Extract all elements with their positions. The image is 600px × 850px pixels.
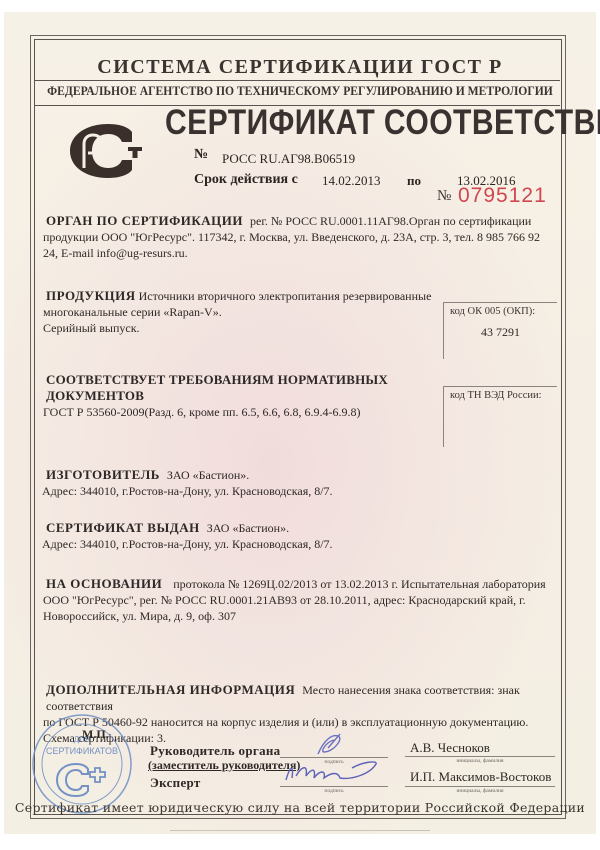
tnved-code-caption: код ТН ВЭД России: (444, 387, 557, 401)
issued-to-address: Адрес: 344010, г.Ростов-на-Дону, ул. Кра… (42, 536, 546, 552)
certification-body-line1: рег. № РОСС RU.0001.11АГ98.Орган по серт… (250, 214, 531, 228)
fine-print-line (170, 830, 430, 831)
valid-to-label: по (407, 173, 421, 189)
manufacturer-label: ИЗГОТОВИТЕЛЬ (46, 467, 160, 482)
manufacturer-address: Адрес: 344010, г.Ростов-на-Дону, ул. Кра… (42, 483, 546, 499)
expert-signature-icon (282, 758, 382, 786)
blank-serial-number: 0795121 (458, 184, 547, 208)
expert-signature-caption: подпись (280, 788, 388, 794)
issued-to-label: СЕРТИФИКАТ ВЫДАН (46, 520, 200, 535)
product-label: ПРОДУКЦИЯ (46, 288, 136, 303)
basis-line1: протокола № 1269Ц.02/2013 от 13.02.2013 … (173, 577, 545, 591)
blank-number-sign: № (437, 188, 451, 205)
certification-body-label: ОРГАН ПО СЕРТИФИКАЦИИ (46, 213, 243, 228)
system-title: СИСТЕМА СЕРТИФИКАЦИИ ГОСТ Р (0, 56, 600, 79)
head-name-line (405, 756, 555, 757)
certification-body-section: ОРГАН ПО СЕРТИФИКАЦИИ рег. № РОСС RU.000… (46, 213, 546, 261)
head-signature-icon (310, 730, 350, 760)
certification-body-line3: 24, E-mail info@ug-resurs.ru. (43, 245, 546, 261)
head-of-body-label: Руководитель органа (150, 743, 280, 759)
basis-section: НА ОСНОВАНИИ протокола № 1269Ц.02/2013 о… (46, 576, 546, 624)
tnved-code-box: код ТН ВЭД России: (443, 386, 557, 447)
expert-name-caption: инициалы, фамилия (405, 788, 555, 794)
product-line2: многоканальные серии «Rapan-V». (43, 304, 436, 320)
deputy-label: (заместитель руководителя) (148, 758, 300, 773)
agency-name: ФЕДЕРАЛЬНОЕ АГЕНТСТВО ПО ТЕХНИЧЕСКОМУ РЕ… (21, 84, 579, 99)
manufacturer-name: ЗАО «Бастион». (167, 468, 249, 482)
okp-code-value: 43 7291 (444, 325, 557, 340)
registration-number: РОСС RU.АГ98.В06519 (222, 151, 355, 167)
manufacturer-section: ИЗГОТОВИТЕЛЬ ЗАО «Бастион». Адрес: 34401… (46, 467, 546, 499)
document-title: СЕРТИФИКАТ СООТВЕТСТВИЯ (165, 103, 600, 143)
expert-label: Эксперт (150, 775, 201, 791)
okp-code-caption: код ОК 005 (ОКП): (444, 303, 557, 317)
registration-number-sign: № (194, 147, 208, 163)
conformity-label: СООТВЕТСТВУЕТ ТРЕБОВАНИЯМ НОРМАТИВНЫХ ДО… (46, 372, 446, 404)
product-line1: Источники вторичного электропитания резе… (139, 289, 432, 303)
expert-name: И.П. Максимов-Востоков (410, 769, 551, 785)
conformity-section: СООТВЕТСТВУЕТ ТРЕБОВАНИЯМ НОРМАТИВНЫХ ДО… (46, 372, 446, 420)
conformity-standard: ГОСТ Р 53560-2009(Разд. 6, кроме пп. 6.5… (43, 404, 446, 420)
okp-code-box: код ОК 005 (ОКП): 43 7291 (443, 302, 557, 359)
stamp-text-mid: СЕРТИФИКАТОВ (46, 746, 118, 756)
validity-label: Срок действия с (194, 172, 298, 188)
valid-from-date: 14.02.2013 (322, 173, 381, 189)
head-name: А.В. Чесноков (410, 740, 490, 756)
product-line3: Серийный выпуск. (43, 320, 436, 336)
head-name-caption: инициалы, фамилия (405, 758, 555, 764)
header-divider-top (35, 80, 560, 81)
issued-to-name: ЗАО «Бастион». (207, 521, 289, 535)
basis-label: НА ОСНОВАНИИ (46, 576, 162, 591)
expert-name-line (405, 786, 555, 787)
rst-mark-icon (68, 122, 144, 180)
basis-line2: ООО "ЮгРесурс", рег. № РОСС RU.0001.21АВ… (43, 592, 546, 608)
basis-line3: Новороссийск, ул. Мира, д. 9, оф. 307 (43, 608, 546, 624)
additional-info-label: ДОПОЛНИТЕЛЬНАЯ ИНФОРМАЦИЯ (46, 682, 295, 697)
issued-to-section: СЕРТИФИКАТ ВЫДАН ЗАО «Бастион». Адрес: 3… (46, 520, 546, 552)
expert-signature-line (280, 786, 388, 787)
legal-validity-note: Сертификат имеет юридическую силу на все… (0, 800, 600, 815)
stamp-place-label: М.П. (82, 727, 109, 742)
certification-body-line2: продукции ООО "ЮгРесурс". 117342, г. Мос… (43, 229, 546, 245)
product-section: ПРОДУКЦИЯ Источники вторичного электропи… (46, 288, 436, 336)
